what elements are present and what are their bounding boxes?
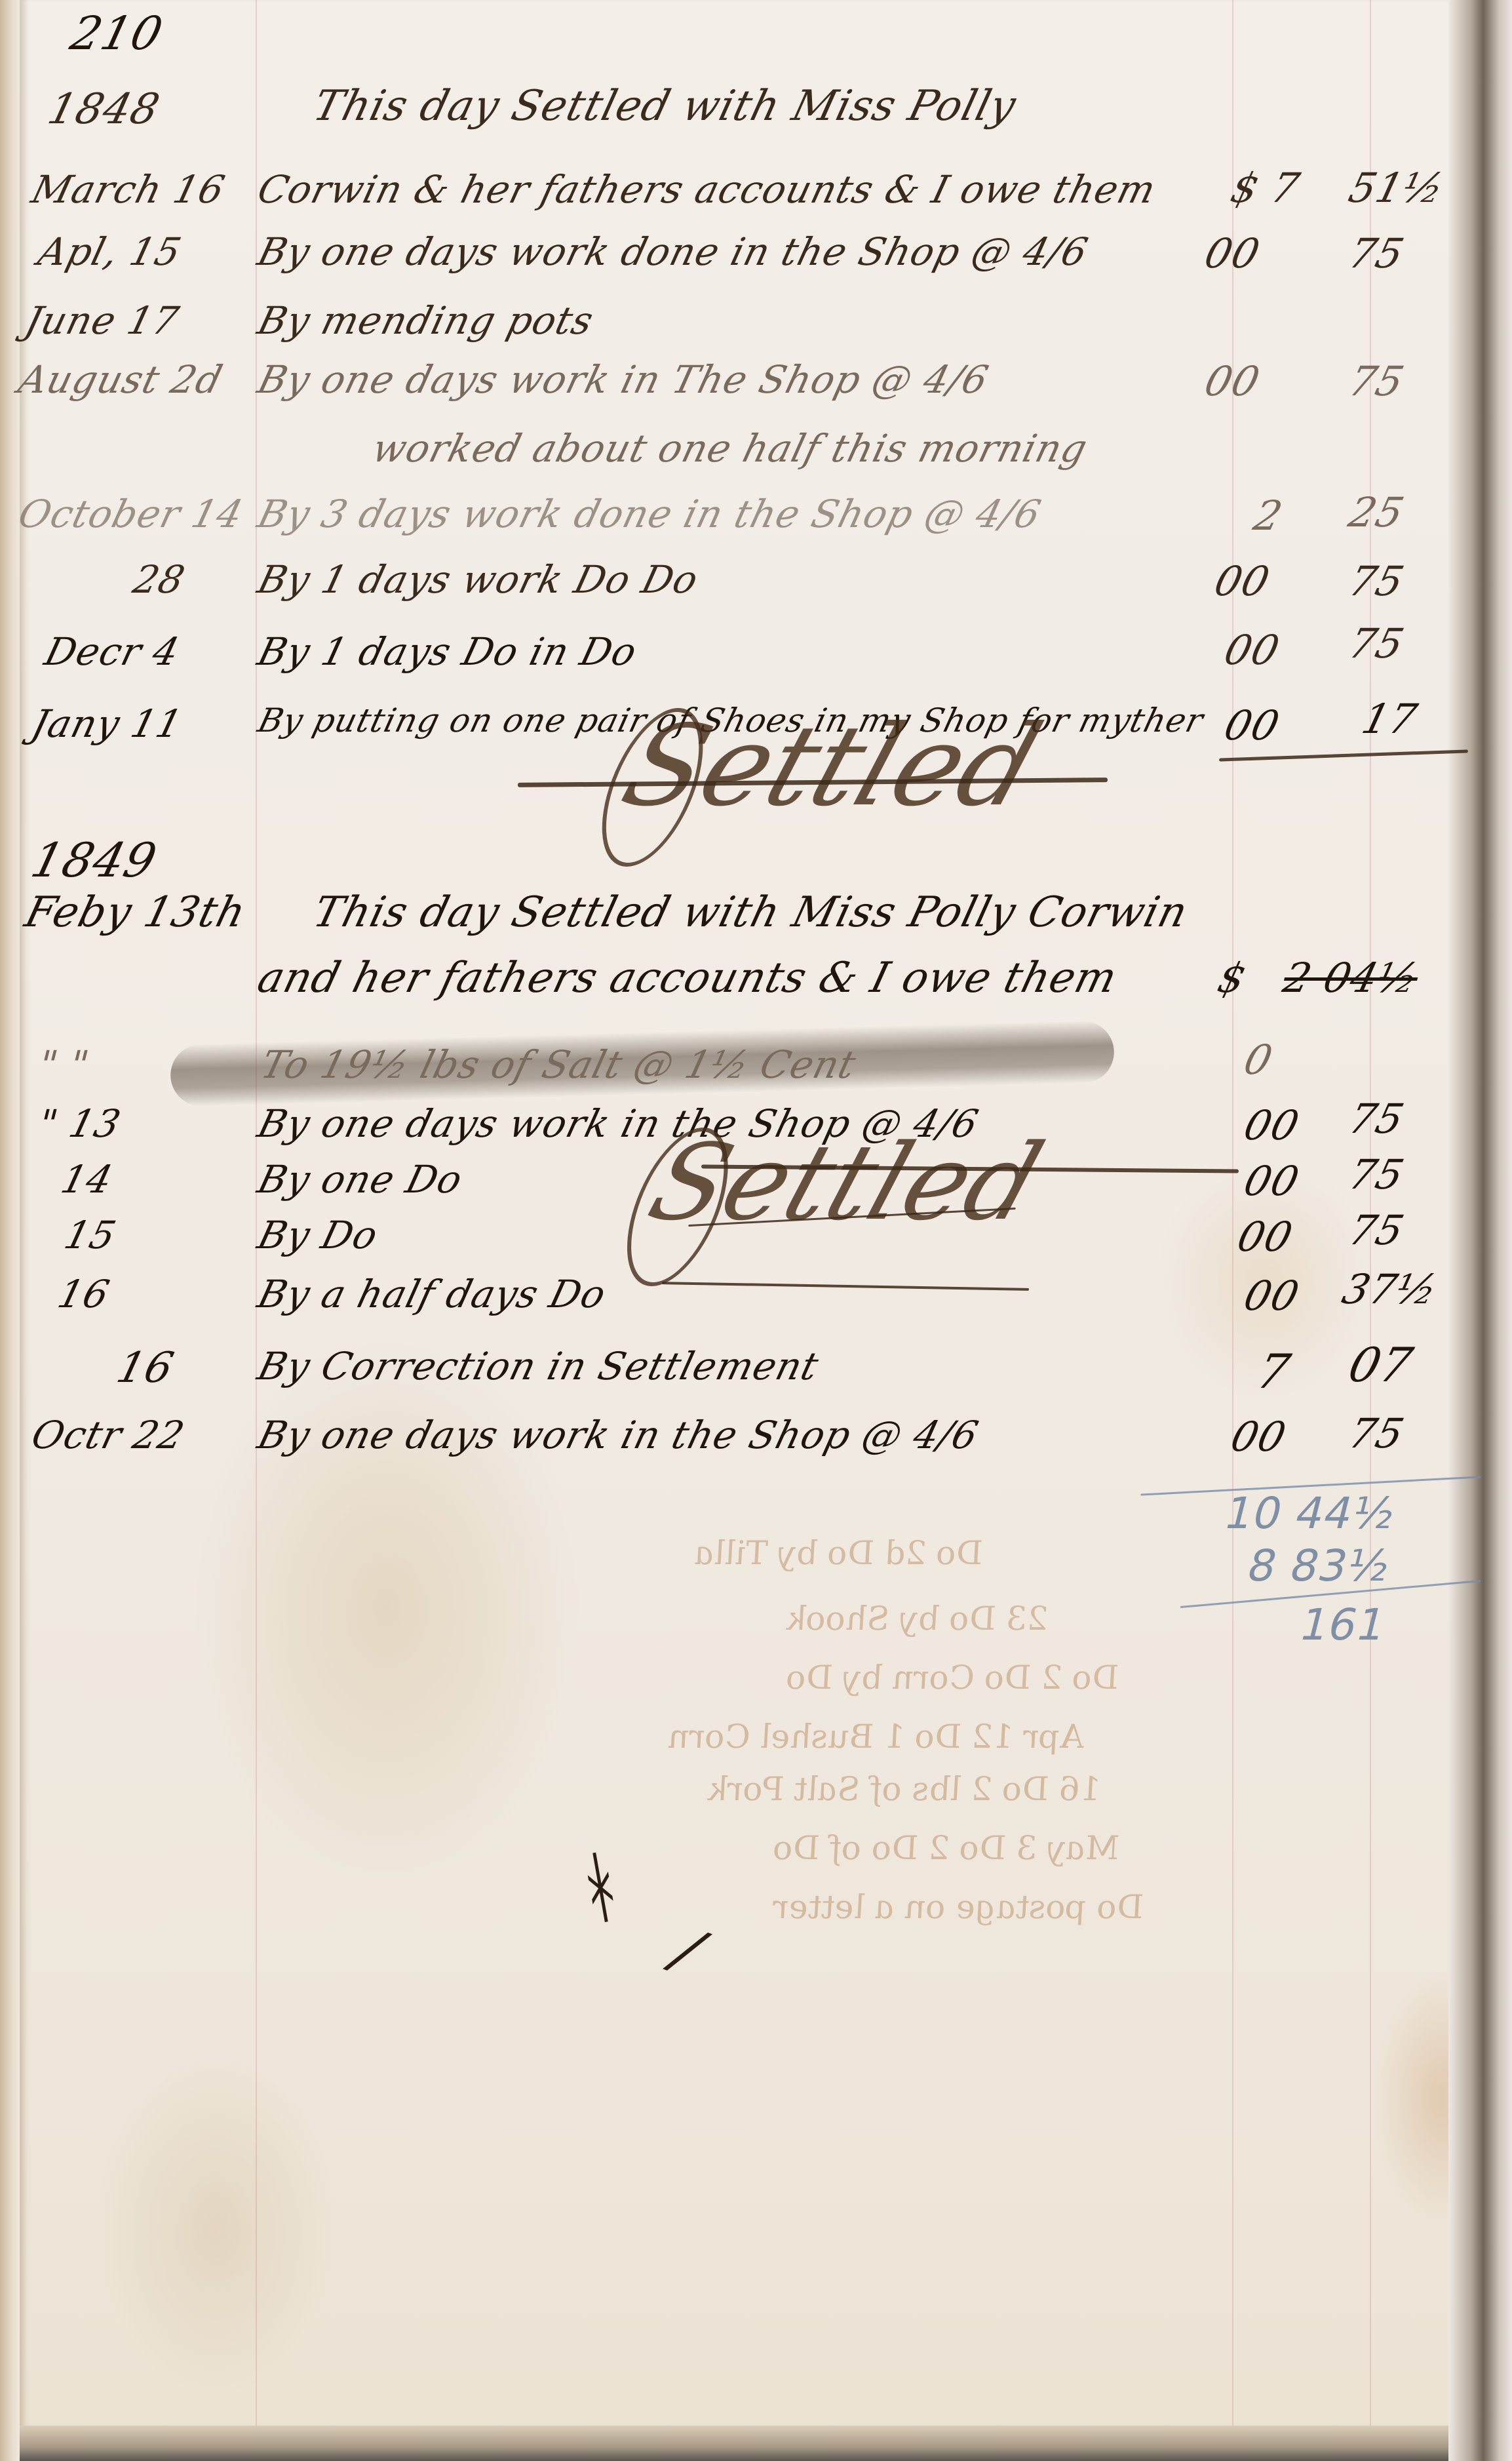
entry-description: By 3 days work done in the Shop @ 4/6 bbox=[254, 492, 1046, 536]
entry-description: By one days work done in the Shop @ 4/6 bbox=[254, 229, 1093, 274]
bleed-through-line: Do postage on a letter bbox=[769, 1888, 1148, 1926]
entry-date: March 16 bbox=[28, 167, 230, 212]
entry-dollars: $ 7 bbox=[1226, 164, 1305, 212]
settlement-heading-1849-line2: and her fathers accounts & I owe them bbox=[253, 954, 1122, 1002]
year-1848: 1848 bbox=[43, 85, 165, 134]
entry-cents: 51½ bbox=[1344, 164, 1449, 212]
entry-description: By 1 days Do in Do bbox=[254, 629, 642, 674]
bleed-through-line: 16 Do 2 lbs of Salt Pork bbox=[703, 1770, 1106, 1808]
settlement-heading-1849: This day Settled with Miss Polly Corwin bbox=[309, 888, 1193, 937]
entry-date: Decr 4 bbox=[41, 629, 184, 674]
bleed-through-line: May 3 Do 2 Do of Do bbox=[769, 1829, 1124, 1867]
bleed-through-line: Apr 12 Do 1 Bushel Corn bbox=[664, 1718, 1089, 1756]
pencil-sum-line2: 8 83½ bbox=[1242, 1541, 1396, 1591]
entry-description: Corwin & her fathers accounts & I owe th… bbox=[254, 167, 1161, 212]
pencil-sum-total: 161 bbox=[1294, 1600, 1391, 1650]
page-edge-left bbox=[0, 0, 20, 2461]
heading-cents-struck: 2 04½ bbox=[1279, 954, 1424, 1002]
entry-date: Octr 22 bbox=[28, 1413, 189, 1457]
entry-description: To 19½ lbs of Salt @ 1½ Cent bbox=[257, 1042, 861, 1087]
entry-note: worked about one half this morning bbox=[368, 426, 1093, 471]
entry-description: By one days work in The Shop @ 4/6 bbox=[254, 357, 994, 402]
settlement-heading-1848: This day Settled with Miss Polly bbox=[309, 82, 1021, 130]
entry-date: Jany 11 bbox=[28, 701, 187, 746]
bleed-through-line: Do 2d Do by Tilla bbox=[690, 1534, 988, 1572]
page-number: 210 bbox=[66, 7, 168, 60]
bleed-through-line: Do 2 Do Corn by Do bbox=[782, 1659, 1123, 1697]
entry-date: Apl, 15 bbox=[34, 229, 186, 274]
entry-description: By a half days Do bbox=[254, 1272, 611, 1316]
entry-description: By mending pots bbox=[254, 298, 598, 343]
entry-date: " 13 bbox=[34, 1101, 126, 1146]
entry-description: By Do bbox=[254, 1213, 383, 1257]
entry-description: By Correction in Settlement bbox=[254, 1344, 824, 1388]
entry-description: By one days work in the Shop @ 4/6 bbox=[254, 1413, 983, 1457]
book-gutter bbox=[1448, 0, 1512, 2461]
settled-stamp-1848: Settled bbox=[608, 701, 1055, 831]
entry-description: By one Do bbox=[254, 1157, 467, 1202]
entry-date: August 2d bbox=[14, 357, 227, 402]
date-column-rule bbox=[256, 0, 257, 2426]
bleed-through-line: 23 Do by Shook bbox=[782, 1600, 1053, 1638]
entry-date: October 14 bbox=[14, 492, 248, 536]
entry-cents: 37½ bbox=[1338, 1265, 1443, 1313]
entry-description: By 1 days work Do Do bbox=[254, 557, 703, 602]
page-edge-bottom bbox=[20, 2426, 1448, 2461]
entry-date: June 17 bbox=[21, 298, 184, 343]
pencil-sum-line1: 10 44½ bbox=[1219, 1488, 1401, 1539]
heading-date-1849: Feby 13th bbox=[20, 888, 251, 937]
year-1849: 1849 bbox=[26, 833, 163, 888]
